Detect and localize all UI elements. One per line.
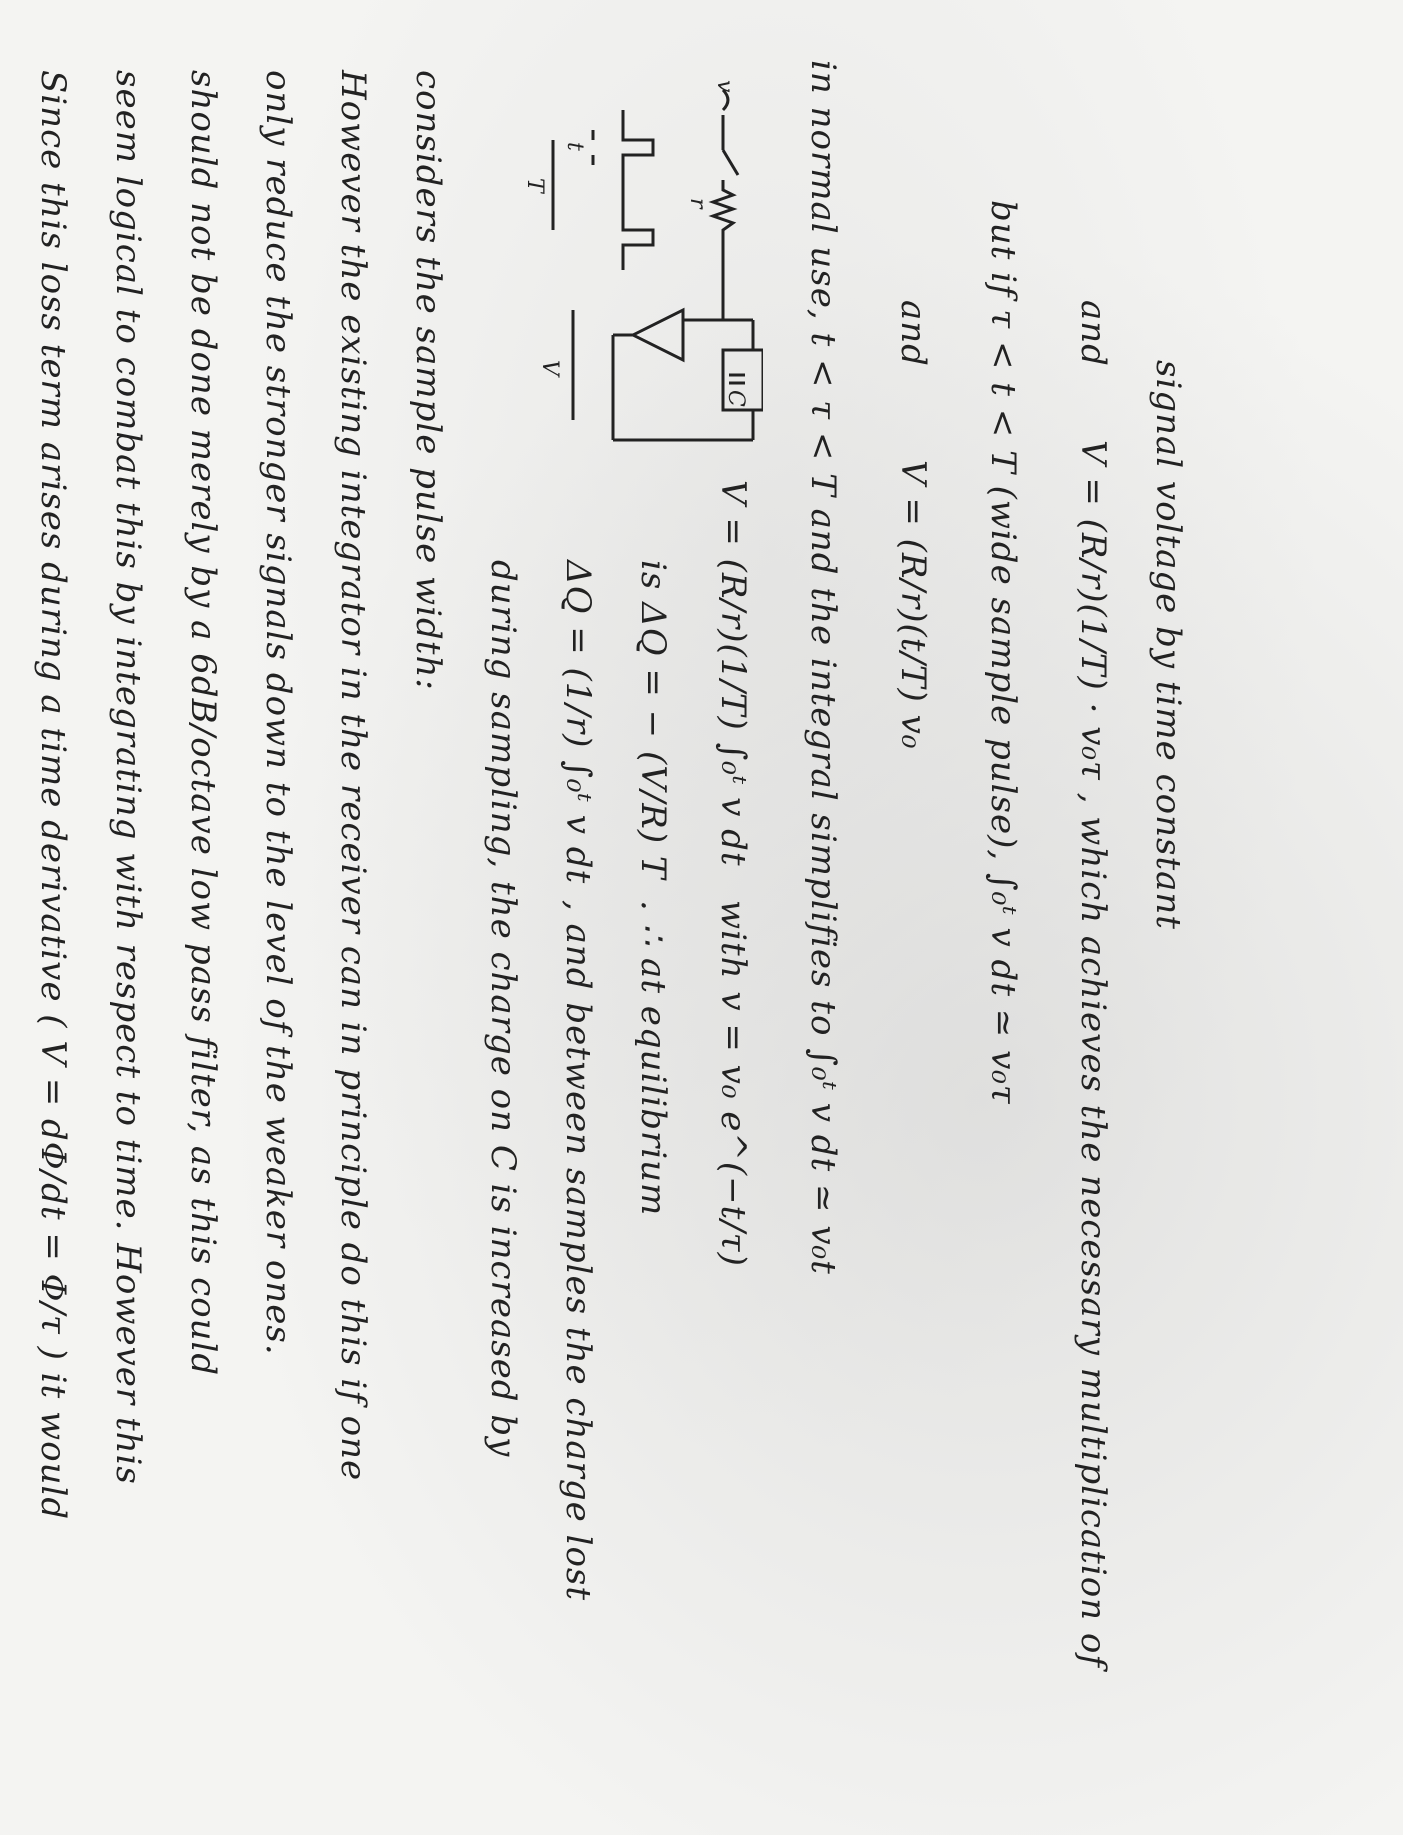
rotated-handwritten-page: Since this loss term arises during a tim… xyxy=(0,0,1403,1835)
equation-v-exponential: with v = v₀ e^(−t/τ) xyxy=(713,900,753,1267)
text-line-2: seem logical to combat this by integrati… xyxy=(108,70,148,1485)
diagram-label-V: V xyxy=(537,360,562,378)
equation-delta-q-loss: is ΔQ = − (V/R) T xyxy=(633,560,673,880)
diagram-label-t: t xyxy=(562,142,587,151)
document-page: Since this loss term arises during a tim… xyxy=(0,0,1403,1835)
text-line-5: However the existing integrator in the r… xyxy=(333,70,373,1481)
normal-use-text: in normal use, t < τ < T and the integra… xyxy=(803,60,843,1275)
equation-v-wide: V = (R/r)(1/T) · v₀τ , which achieves th… xyxy=(1073,440,1113,1668)
equation-delta-q-charge: ΔQ = (1/r) ∫₀ᵗ v dt xyxy=(558,560,598,884)
diagram-label-v: v xyxy=(712,80,737,93)
and-label-2: and xyxy=(1073,300,1113,367)
equation-v-normal: V = (R/r)(t/T) v₀ xyxy=(893,460,933,749)
integrator-circuit-diagram: v r R C t T V xyxy=(463,60,763,520)
between-samples-text: , and between samples the charge lost xyxy=(558,900,598,1601)
during-sampling-text: during sampling, the charge on C is incr… xyxy=(483,560,523,1457)
final-line-text: signal voltage by time constant xyxy=(1148,360,1188,930)
equation-v-result: V = (R/r)(1/T) ∫₀ᵗ v dt xyxy=(713,480,753,867)
text-line-3: should not be done merely by a 6dB/octav… xyxy=(183,70,223,1376)
diagram-label-T: T xyxy=(522,178,547,195)
diagram-label-r: r xyxy=(685,198,710,210)
equilibrium-text: . ∴ at equilibrium xyxy=(633,900,673,1216)
text-line-4: only reduce the stronger signals down to… xyxy=(258,70,298,1356)
and-label-1: and xyxy=(893,300,933,367)
diagram-label-R: R xyxy=(761,371,763,389)
text-line-6: considers the sample pulse width: xyxy=(408,70,448,691)
diagram-label-C: C xyxy=(723,390,748,407)
but-if-text: but if τ < t < T (wide sample pulse), ∫₀… xyxy=(983,200,1023,1105)
text-line-1: Since this loss term arises during a tim… xyxy=(33,70,73,1520)
